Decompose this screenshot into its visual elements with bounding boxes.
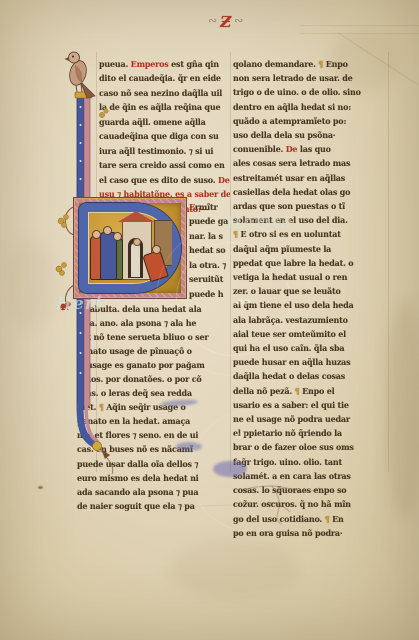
body-text: trigo o de uino. o de olio. sino: [233, 87, 361, 97]
text-line: uso della dela su psõna·: [233, 127, 389, 141]
body-text: qolano demandare.: [233, 59, 318, 69]
watermark-text: Herita: [226, 213, 293, 233]
rubric-text: De: [218, 175, 230, 185]
watermark-bird-icon: [232, 428, 248, 444]
page-edge-shading: [385, 300, 419, 520]
miniature-figure-head: [152, 245, 161, 254]
body-text: dentro en aq̃lla hedat si no:: [233, 102, 351, 112]
watermark-circle: [190, 410, 312, 532]
ink-speck: [38, 486, 43, 489]
text-line: quãdo a atempramĩeto po:: [233, 113, 389, 127]
text-line: conuenible. De las quo: [233, 141, 389, 155]
body-text: rmĩtr: [195, 202, 218, 212]
text-line: dentro en aq̃lla hedat si no:: [233, 99, 389, 113]
body-text: En: [330, 514, 344, 524]
rubric-text: Emperos: [131, 59, 169, 69]
text-line: trigo o de uino. o de olio. sino: [233, 84, 389, 98]
text-line: estreitamét usar en aq̃llas: [233, 170, 389, 184]
body-text: della nõ pezã.: [233, 386, 295, 396]
miniature-roof: [118, 212, 154, 222]
text-line: ales cosas sera letrado mas: [233, 155, 389, 169]
miniature-figure-head: [133, 238, 141, 246]
body-text: de naier soguit que ela ⁊ pa: [77, 501, 195, 511]
bird-icon: [65, 52, 96, 98]
body-text: casiellas dela hedat olas go: [233, 187, 350, 197]
miniature-figure-head: [92, 230, 101, 239]
folio-number: Ƶ: [217, 13, 234, 31]
body-text: Enpo el: [300, 386, 335, 396]
parchment-stain: [170, 540, 300, 600]
body-text: las quo: [297, 144, 330, 154]
body-text: estreitamét usar en aq̃llas: [233, 173, 345, 183]
folio-flourish-right-icon: ∾: [234, 14, 243, 27]
body-text: Enpo: [323, 59, 348, 69]
folio-flourish-left-icon: ∾: [208, 14, 217, 27]
watermark-text: Heri: [56, 294, 102, 314]
ruling-line: [300, 25, 419, 26]
body-text: uso della dela su psõna·: [233, 130, 335, 140]
body-text: conuenible.: [233, 144, 286, 154]
text-line: non sera letrado de usar. de: [233, 70, 389, 84]
watermark-bird-icon: [234, 294, 252, 312]
text-line: qolano demandare. ¶ Enpo: [233, 56, 389, 70]
body-text: est gña qin: [169, 59, 219, 69]
body-text: ales cosas sera letrado mas: [233, 158, 350, 168]
miniature-figure-head: [113, 232, 122, 241]
miniature-figure-in-door: [131, 243, 140, 277]
body-text: quãdo a atempramĩeto po:: [233, 116, 346, 126]
parchment-stain: [5, 240, 55, 330]
body-text: non sera letrado de usar. de: [233, 73, 353, 83]
text-line: usario es a saber: el qui tie: [233, 397, 389, 411]
body-text: ardas que son puestas o tĩ: [233, 201, 345, 211]
text-line: della nõ pezã. ¶ Enpo el: [233, 383, 389, 397]
miniature-figure-head: [103, 226, 112, 235]
watermark-circle: [156, 222, 310, 376]
rubric-text: De: [286, 144, 298, 154]
folio-mark: ∾Ƶ∾: [208, 11, 243, 32]
manuscript-page: ∾Ƶ∾: [0, 0, 419, 640]
body-text: usario es a saber: el qui tie: [233, 400, 349, 410]
text-line: Ermĩtr: [189, 199, 231, 213]
ruling-line: [300, 33, 419, 34]
body-text: ada sacando ala psona ⁊ pua: [77, 487, 198, 497]
text-line: ardas que son puestas o tĩ: [233, 198, 389, 212]
text-line: casiellas dela hedat olas go: [233, 184, 389, 198]
